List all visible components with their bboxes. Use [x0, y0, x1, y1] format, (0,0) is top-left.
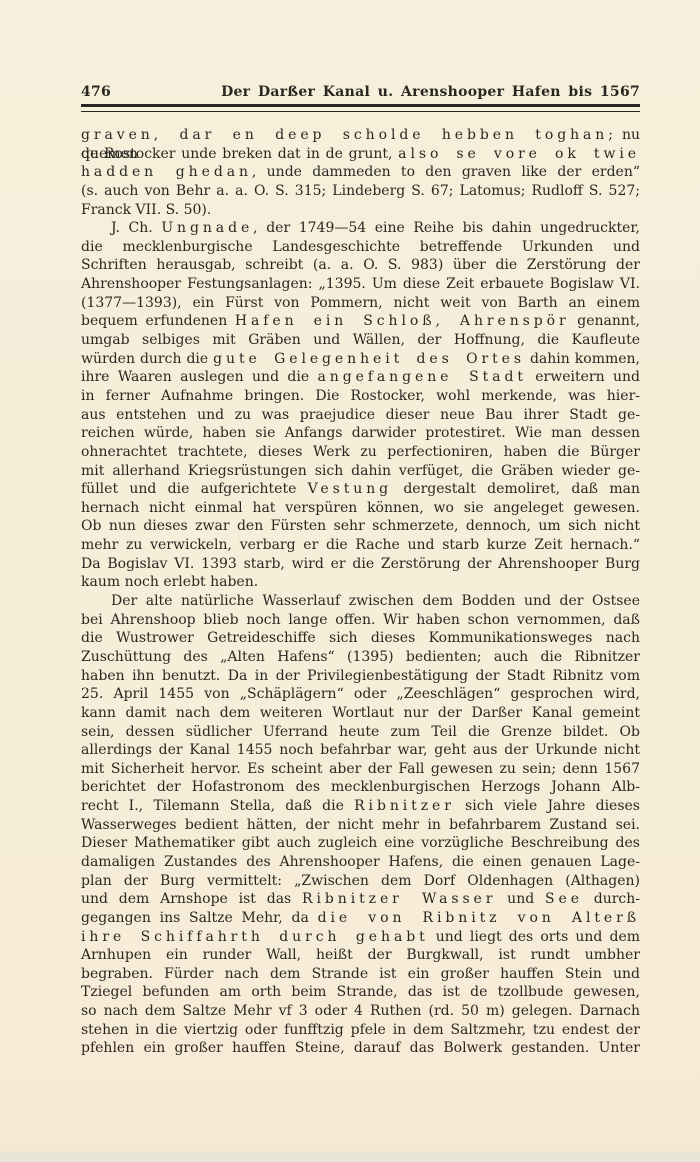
text-segment: Ahrenshooper Festungsanlagen: „1395. Um …	[81, 276, 640, 292]
text-segment: de Rostocker unde breken dat in de grunt…	[81, 146, 398, 162]
text-segment: so nach dem Saltze Mehr vf 3 oder 4 Ruth…	[81, 1003, 640, 1019]
text-line: berichtet der Hofastronom des mecklenbur…	[81, 778, 640, 797]
text-segment: erweitern und	[527, 369, 640, 385]
text-segment: Wasserweges bedient hätten, der nicht me…	[81, 817, 640, 833]
text-segment: bequem erfundenen	[81, 313, 235, 329]
letterspaced-text: gute Gelegenheit des Ortes	[213, 351, 525, 367]
text-segment: Franck VII. S. 50).	[81, 202, 211, 218]
text-segment: sich viele Jahre dieses	[455, 798, 640, 814]
text-line: die mecklenburgische Landesgeschichte be…	[81, 238, 640, 257]
text-line: gegangen ins Saltze Mehr, da die von Rib…	[81, 909, 640, 928]
text-segment: (s. auch von Behr a. a. O. S. 315; Linde…	[81, 183, 640, 199]
text-segment: durch-	[583, 891, 640, 907]
text-line: mit Sicherheit hervor. Es scheint aber d…	[81, 760, 640, 779]
running-title: Der Darßer Kanal u. Arenshooper Hafen bi…	[221, 84, 640, 100]
text-line: in ferner Aufnahme bringen. Die Rostocke…	[81, 387, 640, 406]
text-line: stehen in die viertzig oder funfftzig pf…	[81, 1021, 640, 1040]
text-segment: mit allerhand Kriegsrüstungen sich dahin…	[81, 463, 640, 479]
letterspaced-text: die von Ribnitz von Alterß	[318, 910, 640, 926]
text-line: Wasserweges bedient hätten, der nicht me…	[81, 816, 640, 835]
text-line: und dem Arnshope ist das Ribnitzer Wasse…	[81, 890, 640, 909]
text-segment: Tziegel befunden am orth beim Strande, d…	[81, 984, 640, 1000]
text-line: reichen würde, haben sie Anfangs darwide…	[81, 424, 640, 443]
body-text: graven, dar en deep scholde hebben togha…	[81, 126, 640, 1058]
text-segment: kaum noch erlebt haben.	[81, 574, 258, 590]
text-line: füllet und die aufgerichtete Vestung der…	[81, 480, 640, 499]
scan-edge	[0, 1153, 700, 1162]
text-segment: pfehlen ein großer hauffen Steine, darau…	[81, 1040, 640, 1056]
text-line: Der alte natürliche Wasserlauf zwischen …	[81, 592, 640, 611]
text-segment: gegangen ins Saltze Mehr, da	[81, 910, 318, 926]
text-segment: die mecklenburgische Landesgeschichte be…	[81, 239, 640, 255]
text-line: ohnerachtet trachtete, dieses Werk zu pe…	[81, 443, 640, 462]
text-line: hadden ghedan, unde dammeden to den grav…	[81, 163, 640, 182]
text-line: graven, dar en deep scholde hebben togha…	[81, 126, 640, 145]
letterspaced-text: ihre Schiffahrth durch gehabt	[81, 929, 429, 945]
text-line: kann damit nach dem weiteren Wortlaut nu…	[81, 704, 640, 723]
text-line: plan der Burg vermittelt: „Zwischen dem …	[81, 872, 640, 891]
letterspaced-text: hadden ghedan	[81, 164, 252, 180]
text-line: mehr zu verwickeln, verbarg er die Rache…	[81, 536, 640, 555]
text-segment: Zuschüttung des „Alten Hafens“ (1395) be…	[81, 649, 640, 665]
text-segment: berichtet der Hofastronom des mecklenbur…	[81, 779, 640, 795]
text-segment: kann damit nach dem weiteren Wortlaut nu…	[81, 705, 640, 721]
text-segment: Arnhupen ein runder Wall, heißt der Burg…	[81, 947, 640, 963]
text-segment: Dieser Mathematiker gibt auch zugleich e…	[81, 835, 640, 851]
page-number: 476	[81, 84, 111, 100]
text-line: pfehlen ein großer hauffen Steine, darau…	[81, 1039, 640, 1058]
text-line: aus entstehen und zu was praejudice dies…	[81, 406, 640, 425]
text-line: so nach dem Saltze Mehr vf 3 oder 4 Ruth…	[81, 1002, 640, 1021]
text-segment: , unde dammeden to den graven like der e…	[252, 164, 640, 180]
text-line: Zuschüttung des „Alten Hafens“ (1395) be…	[81, 648, 640, 667]
text-line: J. Ch. Ungnade, der 1749—54 eine Reihe b…	[81, 219, 640, 238]
text-line: (1377—1393), ein Fürst von Pommern, nich…	[81, 294, 640, 313]
text-line: de Rostocker unde breken dat in de grunt…	[81, 145, 640, 164]
text-segment: J. Ch.	[111, 220, 161, 236]
text-line: 25. April 1455 von „Schäplägern“ oder „Z…	[81, 685, 640, 704]
text-line: mit allerhand Kriegsrüstungen sich dahin…	[81, 462, 640, 481]
text-line: damaligen Zustandes des Ahrenshooper Haf…	[81, 853, 640, 872]
text-segment: ihre Waaren auslegen und die	[81, 369, 318, 385]
text-segment: 25. April 1455 von „Schäplägern“ oder „Z…	[81, 686, 640, 702]
text-line: Tziegel befunden am orth beim Strande, d…	[81, 983, 640, 1002]
text-line: begraben. Fürder nach dem Strande ist ei…	[81, 965, 640, 984]
text-line: haben ihn benutzt. Da in der Privilegien…	[81, 667, 640, 686]
text-segment: die Wustrower Getreideschiffe sich diese…	[81, 630, 640, 646]
text-line: umgab selbiges mit Gräben und Wällen, de…	[81, 331, 640, 350]
text-segment: aus entstehen und zu was praejudice dies…	[81, 407, 640, 423]
text-line: Ahrenshooper Festungsanlagen: „1395. Um …	[81, 275, 640, 294]
text-segment: dahin kommen,	[525, 351, 640, 367]
text-segment: plan der Burg vermittelt: „Zwischen dem …	[81, 873, 640, 889]
text-line: würden durch die gute Gelegenheit des Or…	[81, 350, 640, 369]
text-segment: dergestalt demoliret, daß man	[392, 481, 640, 497]
text-line: recht I., Tilemann Stella, daß die Ribni…	[81, 797, 640, 816]
text-line: (s. auch von Behr a. a. O. S. 315; Linde…	[81, 182, 640, 201]
text-segment: damaligen Zustandes des Ahrenshooper Haf…	[81, 854, 640, 870]
text-segment: und liegt des orts und dem	[429, 929, 640, 945]
text-line: Da Bogislav VI. 1393 starb, wird er die …	[81, 555, 640, 574]
text-segment: und dem Arnshope ist das	[81, 891, 302, 907]
text-segment: allerdings der Kanal 1455 noch befahrbar…	[81, 742, 640, 758]
letterspaced-text: Hafen ein Schloß, Ahrenspör	[235, 313, 570, 329]
text-line: Franck VII. S. 50).	[81, 201, 640, 220]
text-segment: haben ihn benutzt. Da in der Privilegien…	[81, 668, 640, 684]
text-segment: begraben. Fürder nach dem Strande ist ei…	[81, 966, 640, 982]
text-segment: in ferner Aufnahme bringen. Die Rostocke…	[81, 388, 640, 404]
letterspaced-text: Vestung	[308, 481, 392, 497]
text-line: ihre Waaren auslegen und die angefangene…	[81, 368, 640, 387]
text-line: Dieser Mathematiker gibt auch zugleich e…	[81, 834, 640, 853]
text-segment: Ob nun dieses zwar den Fürsten sehr schm…	[81, 518, 640, 534]
letterspaced-text: angefangene Stadt	[318, 369, 527, 385]
text-line: kaum noch erlebt haben.	[81, 573, 640, 592]
text-segment: hernach nicht einmal hat verspüren könne…	[81, 500, 640, 516]
text-line: hernach nicht einmal hat verspüren könne…	[81, 499, 640, 518]
text-line: Arnhupen ein runder Wall, heißt der Burg…	[81, 946, 640, 965]
text-line: Schriften herausgab, schreibt (a. a. O. …	[81, 256, 640, 275]
text-segment: Der alte natürliche Wasserlauf zwischen …	[111, 593, 640, 609]
letterspaced-text: Ungnade	[161, 220, 253, 236]
text-line: die Wustrower Getreideschiffe sich diese…	[81, 629, 640, 648]
letterspaced-text: Ribnitzer Wasser	[302, 891, 496, 907]
header-rule	[81, 104, 640, 112]
letterspaced-text: also se vore ok twie	[398, 146, 640, 162]
text-segment: stehen in die viertzig oder funfftzig pf…	[81, 1022, 640, 1038]
text-segment: umgab selbiges mit Gräben und Wällen, de…	[81, 332, 640, 348]
text-line: Ob nun dieses zwar den Fürsten sehr schm…	[81, 517, 640, 536]
text-segment: mit Sicherheit hervor. Es scheint aber d…	[81, 761, 640, 777]
text-segment: und	[496, 891, 545, 907]
text-segment: genannt,	[570, 313, 640, 329]
letterspaced-text: Ribnitzer	[354, 798, 455, 814]
text-segment: (1377—1393), ein Fürst von Pommern, nich…	[81, 295, 640, 311]
text-segment: mehr zu verwickeln, verbarg er die Rache…	[81, 537, 640, 553]
letterspaced-text: graven, dar en deep scholde hebben togha…	[81, 127, 608, 143]
text-segment: recht I., Tilemann Stella, daß die	[81, 798, 354, 814]
page-header: 476 Der Darßer Kanal u. Arenshooper Hafe…	[81, 84, 640, 100]
text-line: bequem erfundenen Hafen ein Schloß, Ahre…	[81, 312, 640, 331]
text-segment: , der 1749—54 eine Reihe bis dahin unged…	[253, 220, 640, 236]
text-segment: Schriften herausgab, schreibt (a. a. O. …	[81, 257, 640, 273]
text-line: bei Ahrenshoop blieb noch lange offen. W…	[81, 611, 640, 630]
text-segment: ohnerachtet trachtete, dieses Werk zu pe…	[81, 444, 640, 460]
text-line: ihre Schiffahrth durch gehabt und liegt …	[81, 928, 640, 947]
text-segment: reichen würde, haben sie Anfangs darwide…	[81, 425, 640, 441]
text-line: allerdings der Kanal 1455 noch befahrbar…	[81, 741, 640, 760]
text-segment: Da Bogislav VI. 1393 starb, wird er die …	[81, 556, 640, 572]
text-line: sein, dessen südlicher Uferrand heute zu…	[81, 723, 640, 742]
text-segment: füllet und die aufgerichtete	[81, 481, 308, 497]
letterspaced-text: See	[545, 891, 583, 907]
text-segment: würden durch die	[81, 351, 213, 367]
text-segment: bei Ahrenshoop blieb noch lange offen. W…	[81, 612, 640, 628]
text-segment: sein, dessen südlicher Uferrand heute zu…	[81, 724, 640, 740]
book-page: 476 Der Darßer Kanal u. Arenshooper Hafe…	[0, 0, 700, 1162]
